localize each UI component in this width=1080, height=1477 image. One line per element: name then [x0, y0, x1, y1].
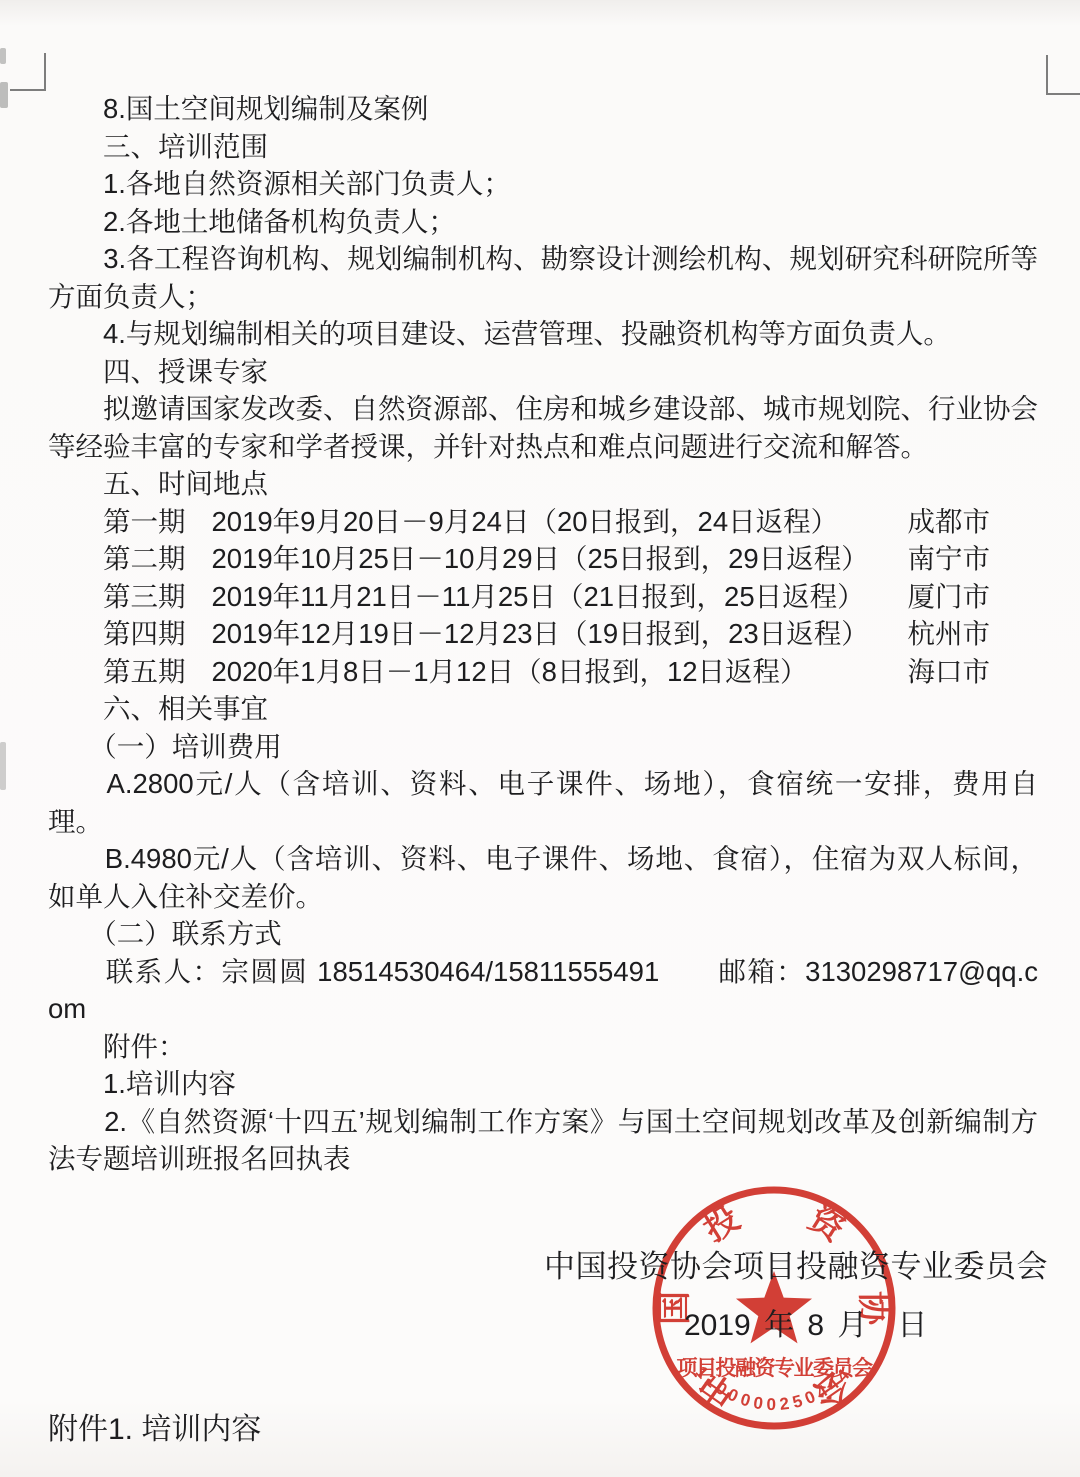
document-body: 8.国土空间规划编制及案例 三、培训范围 1.各地自然资源相关部门负责人； 2.…	[48, 90, 1038, 1178]
text-line: 2.各地土地储备机构负责人；	[48, 203, 1038, 241]
text-line: 五、时间地点	[48, 465, 1038, 503]
text-line: A.2800元/人（含培训、资料、电子课件、场地），食宿统一安排，费用自	[48, 765, 1038, 803]
text-line: 等经验丰富的专家和学者授课，并针对热点和难点问题进行交流和解答。	[48, 428, 1038, 466]
session-city: 南宁市	[908, 540, 991, 578]
session-label: 第五期	[103, 653, 186, 691]
schedule-row: 第四期 2019年12月19日－12月23日（19日报到，23日返程） 杭州市	[48, 615, 1038, 653]
session-label: 第一期	[103, 503, 186, 541]
text-line: 法专题培训班报名回执表	[48, 1140, 1038, 1178]
document-page: 8.国土空间规划编制及案例 三、培训范围 1.各地自然资源相关部门负责人； 2.…	[0, 0, 1080, 1477]
scan-artifact	[0, 742, 6, 790]
session-dates: 2019年10月25日－10月29日（25日报到，29日返程）	[212, 540, 869, 578]
text-line: 1.培训内容	[48, 1065, 1038, 1103]
text-line: 8.国土空间规划编制及案例	[48, 90, 1038, 128]
text-line: 六、相关事宜	[48, 690, 1038, 728]
text-line: 1.各地自然资源相关部门负责人；	[48, 165, 1038, 203]
issue-date: 2019 年 8 月 日	[684, 1300, 927, 1344]
text-line: 3.各工程咨询机构、规划编制机构、勘察设计测绘机构、规划研究科研院所等	[48, 240, 1038, 278]
session-label: 第二期	[103, 540, 186, 578]
text-line: （一）培训费用	[48, 728, 1038, 766]
text-line: 四、授课专家	[48, 353, 1038, 391]
scan-artifact	[0, 82, 8, 108]
session-city: 杭州市	[908, 615, 991, 653]
session-label: 第三期	[103, 578, 186, 616]
session-city: 海口市	[908, 653, 991, 691]
session-dates: 2020年1月8日－1月12日（8日报到，12日返程）	[212, 653, 808, 691]
text-line: （二）联系方式	[48, 915, 1038, 953]
schedule-row: 第一期 2019年9月20日－9月24日（20日报到，24日返程） 成都市	[48, 503, 1038, 541]
page-corner-mark-top-right	[1046, 55, 1080, 95]
session-dates: 2019年12月19日－12月23日（19日报到，23日返程）	[212, 615, 869, 653]
text-line: B.4980元/人（含培训、资料、电子课件、场地、食宿），住宿为双人标间，	[48, 840, 1038, 878]
text-line: 4.与规划编制相关的项目建设、运营管理、投融资机构等方面负责人。	[48, 315, 1038, 353]
schedule-row: 第五期 2020年1月8日－1月12日（8日报到，12日返程） 海口市	[48, 653, 1038, 691]
scan-artifact	[0, 48, 6, 64]
text-line: 方面负责人；	[48, 278, 1038, 316]
issuer-name: 中国投资协会项目投融资专业委员会	[544, 1241, 1048, 1286]
text-line: om	[48, 990, 1038, 1028]
session-dates: 2019年9月20日－9月24日（20日报到，24日返程）	[212, 503, 839, 541]
text-line: 理。	[48, 803, 1038, 841]
session-dates: 2019年11月21日－11月25日（21日报到，25日返程）	[212, 578, 865, 616]
text-line: 附件：	[48, 1028, 1038, 1066]
text-line: 三、培训范围	[48, 128, 1038, 166]
schedule-row: 第二期 2019年10月25日－10月29日（25日报到，29日返程） 南宁市	[48, 540, 1038, 578]
text-line: 2.《自然资源‘十四五’规划编制工作方案》与国土空间规划改革及创新编制方	[48, 1103, 1038, 1141]
text-line: 联系人：宗圆圆 18514530464/15811555491 邮箱：31302…	[48, 953, 1038, 991]
session-city: 厦门市	[908, 578, 991, 616]
attachment-heading: 附件1. 培训内容	[48, 1404, 261, 1448]
schedule-row: 第三期 2019年11月21日－11月25日（21日报到，25日返程） 厦门市	[48, 578, 1038, 616]
text-line: 拟邀请国家发改委、自然资源部、住房和城乡建设部、城市规划院、行业协会	[48, 390, 1038, 428]
session-city: 成都市	[908, 503, 991, 541]
text-line: 如单人入住补交差价。	[48, 878, 1038, 916]
session-label: 第四期	[103, 615, 186, 653]
page-corner-mark-top-left	[10, 53, 46, 91]
